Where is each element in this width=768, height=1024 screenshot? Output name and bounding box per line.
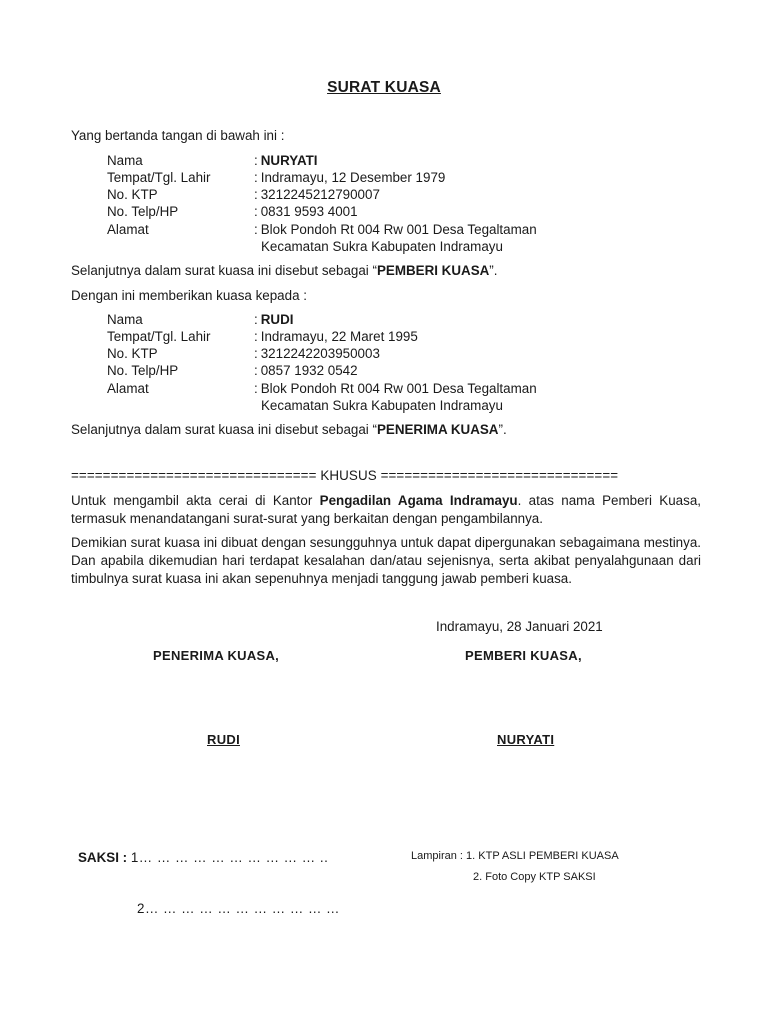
receiver-birth-row: Tempat/Tgl. Lahir:Indramayu, 22 Maret 19…	[107, 328, 418, 345]
address-label: Alamat	[107, 221, 254, 238]
attachment-label: Lampiran :	[411, 850, 463, 862]
intro-text: Yang bertanda tangan di bawah ini :	[71, 128, 284, 143]
receiver-statement: Selanjutnya dalam surat kuasa ini disebu…	[71, 422, 507, 437]
giver-birth: Indramayu, 12 Desember 1979	[261, 170, 446, 185]
attachment-item-2: 2. Foto Copy KTP SAKSI	[473, 871, 596, 883]
receiver-address-line2: Kecamatan Sukra Kabupaten Indramayu	[261, 398, 503, 413]
giver-address-line2: Kecamatan Sukra Kabupaten Indramayu	[261, 239, 503, 254]
receiver-phone: 0857 1932 0542	[261, 363, 358, 378]
document-title: SURAT KUASA	[0, 79, 768, 97]
receiver-ktp-row: No. KTP:3212242203950003	[107, 345, 380, 362]
giver-address-line1: Blok Pondoh Rt 004 Rw 001 Desa Tegaltama…	[261, 222, 537, 237]
place-date: Indramayu, 28 Januari 2021	[436, 619, 603, 634]
giver-ktp-row: No. KTP:3212245212790007	[107, 186, 380, 203]
khusus-separator: =============================== KHUSUS =…	[71, 468, 618, 483]
receiver-phone-row: No. Telp/HP:0857 1932 0542	[107, 362, 358, 379]
grant-intro: Dengan ini memberikan kuasa kepada :	[71, 288, 307, 303]
name-label: Nama	[107, 311, 254, 328]
giver-phone: 0831 9593 4001	[261, 204, 358, 219]
ktp-label: No. KTP	[107, 186, 254, 203]
witness-line-1: SAKSI : 1… … … … … … … … … … ..	[78, 850, 328, 865]
court-name: Pengadilan Agama Indramayu	[320, 493, 518, 508]
ktp-label: No. KTP	[107, 345, 254, 362]
receiver-name: RUDI	[261, 312, 294, 327]
giver-ktp: 3212245212790007	[261, 187, 380, 202]
receiver-address-row: Alamat:Blok Pondoh Rt 004 Rw 001 Desa Te…	[107, 380, 537, 397]
birth-label: Tempat/Tgl. Lahir	[107, 328, 254, 345]
receiver-ktp: 3212242203950003	[261, 346, 380, 361]
giver-birth-row: Tempat/Tgl. Lahir:Indramayu, 12 Desember…	[107, 169, 445, 186]
witness-label: SAKSI :	[78, 850, 127, 865]
giver-phone-row: No. Telp/HP:0831 9593 4001	[107, 203, 358, 220]
purpose-paragraph: Untuk mengambil akta cerai di Kantor Pen…	[71, 492, 701, 528]
giver-name: NURYATI	[261, 153, 318, 168]
birth-label: Tempat/Tgl. Lahir	[107, 169, 254, 186]
giver-role: PEMBERI KUASA	[377, 263, 489, 278]
giver-name-row: Nama:NURYATI	[107, 152, 318, 169]
receiver-name-row: Nama:RUDI	[107, 311, 293, 328]
receiver-signature-name: RUDI	[207, 732, 240, 747]
witness-line-2: 2… … … … … … … … … … …	[137, 901, 340, 916]
phone-label: No. Telp/HP	[107, 203, 254, 220]
name-label: Nama	[107, 152, 254, 169]
receiver-address-line1: Blok Pondoh Rt 004 Rw 001 Desa Tegaltama…	[261, 381, 537, 396]
receiver-signature-title: PENERIMA KUASA,	[153, 648, 279, 663]
address-label: Alamat	[107, 380, 254, 397]
giver-signature-title: PEMBERI KUASA,	[465, 648, 582, 663]
receiver-role: PENERIMA KUASA	[377, 422, 499, 437]
giver-address-row: Alamat:Blok Pondoh Rt 004 Rw 001 Desa Te…	[107, 221, 537, 238]
giver-signature-name: NURYATI	[497, 732, 554, 747]
receiver-birth: Indramayu, 22 Maret 1995	[261, 329, 418, 344]
phone-label: No. Telp/HP	[107, 362, 254, 379]
attachment-item-1: Lampiran : 1. KTP ASLI PEMBERI KUASA	[411, 850, 619, 862]
closing-paragraph: Demikian surat kuasa ini dibuat dengan s…	[71, 534, 701, 588]
giver-statement: Selanjutnya dalam surat kuasa ini disebu…	[71, 263, 497, 278]
